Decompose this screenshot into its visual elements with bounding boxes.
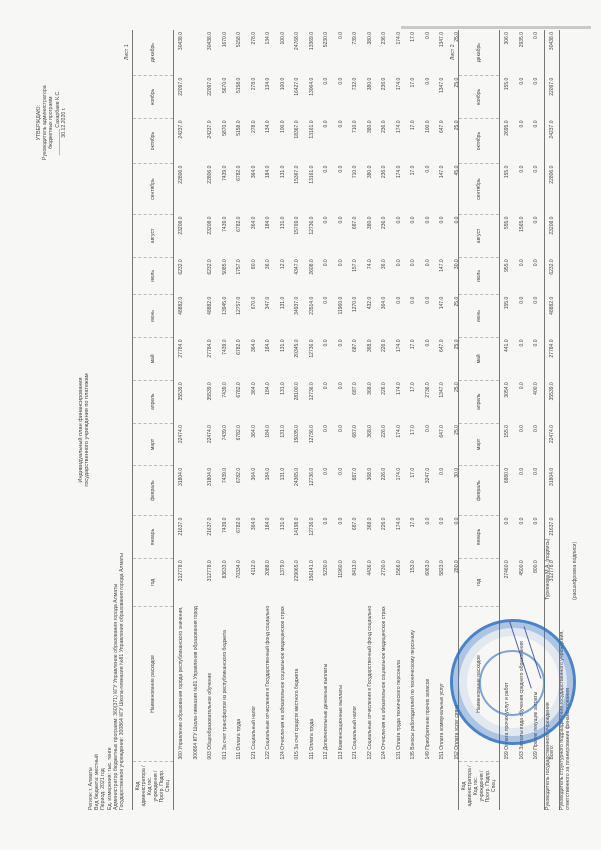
value-cell: 174.0	[392, 466, 407, 516]
value-cell: 5823.0	[435, 558, 450, 606]
value-cell: 4436.0	[363, 558, 378, 606]
value-cell: 0.0	[529, 516, 544, 559]
value-cell	[189, 423, 204, 466]
value-cell: 22097.0	[203, 76, 218, 119]
value-cell: 8413.0	[348, 558, 363, 606]
value-cell: 0.0	[392, 295, 407, 338]
expense-name-cell: 131 Оплата труда технического персонала	[392, 607, 407, 762]
value-cell: 0.0	[319, 295, 334, 338]
column-header: август	[459, 215, 500, 258]
value-cell: 17.0	[406, 164, 421, 215]
table-row: 011 За счет трансфертов из республиканск…	[218, 30, 233, 810]
value-cell: 670.0	[247, 295, 262, 338]
value-cell: 6782.0	[232, 164, 247, 215]
expense-name-cell: 111 Оплата труда	[232, 607, 247, 762]
value-cell: 0.0	[529, 257, 544, 294]
expense-name-cell: 122 Социальные отчисления в Государствен…	[363, 607, 378, 762]
value-cell: 710.0	[348, 164, 363, 215]
value-cell: 312778.0	[203, 558, 218, 606]
value-cell: 2088.0	[261, 558, 276, 606]
value-cell: 0.0	[319, 380, 334, 423]
value-cell: 174.0	[392, 338, 407, 381]
expense-name-cell: 112 Дополнительные денежные выплаты	[319, 607, 334, 762]
value-cell: 24365.0	[290, 466, 305, 516]
column-header: ноябрь	[459, 76, 500, 119]
code-cell	[435, 762, 450, 811]
code-cell	[392, 762, 407, 811]
value-cell: 364.0	[247, 215, 262, 258]
value-cell: 380.0	[363, 30, 378, 76]
value-cell: 35539.0	[544, 380, 560, 423]
value-cell: 0.0	[319, 257, 334, 294]
value-cell: 17.0	[406, 423, 421, 466]
value-cell: 0.0	[319, 215, 334, 258]
value-cell: 17.0	[406, 76, 421, 119]
value-cell: 155.0	[500, 164, 515, 215]
value-cell: 36.0	[377, 257, 392, 294]
value-cell: 27784.0	[174, 338, 189, 381]
value-cell: 157.0	[348, 257, 363, 294]
code-cell	[247, 762, 262, 811]
column-header: январь	[459, 516, 500, 559]
value-cell: 23208.0	[203, 215, 218, 258]
meta-block: Регион: г. Алматы Вид бюджета: местный П…	[88, 553, 125, 810]
value-cell: 687.0	[348, 516, 363, 559]
value-cell: 0.0	[334, 423, 349, 466]
value-cell: 23208.0	[544, 215, 560, 258]
value-cell: 0.0	[515, 423, 530, 466]
value-cell: 7439.0	[218, 516, 233, 559]
value-cell: 800.0	[529, 558, 544, 606]
value-cell: 312778.0	[174, 558, 189, 606]
column-header: март	[459, 423, 500, 466]
value-cell: 31804.0	[174, 466, 189, 516]
value-cell: 28100.0	[290, 380, 305, 423]
approval-line: 30.12.2020 г.	[61, 85, 67, 160]
value-cell: 6232.0	[174, 257, 189, 294]
value-cell: 0.0	[529, 164, 544, 215]
table-row: 149 Приобретение прочих запасов6063.00.0…	[421, 30, 436, 810]
column-header: июль	[133, 257, 174, 294]
approval-block: УТВЕРЖДАЮ: Руководитель администратора б…	[36, 85, 67, 160]
value-cell: 0.0	[529, 338, 544, 381]
value-cell: 364.0	[247, 516, 262, 559]
expense-name-cell: 151 Оплата коммунальных услуг	[435, 607, 450, 762]
value-cell: 153.0	[406, 558, 421, 606]
value-cell: 2736.0	[421, 380, 436, 423]
column-header: февраль	[459, 466, 500, 516]
value-cell: 739.0	[348, 30, 363, 76]
column-header: январь	[133, 516, 174, 559]
value-cell: 70334.0	[232, 558, 247, 606]
value-cell: 131.0	[276, 380, 291, 423]
value-cell: 0.0	[435, 516, 450, 559]
value-cell: 100.0	[276, 76, 291, 119]
value-cell: 1670.0	[218, 30, 233, 76]
column-header: Наименование расходов	[133, 607, 174, 762]
code-cell	[500, 762, 515, 811]
expense-name-cell: 360 Управление образования города респуб…	[174, 607, 189, 762]
value-cell: 236.0	[377, 164, 392, 215]
value-cell: 0.0	[319, 516, 334, 559]
value-cell: 13064.0	[305, 76, 320, 119]
expense-name-cell: 124 Отчисления на обязательное социально…	[377, 607, 392, 762]
expense-name-cell: 111 Оплата труда	[305, 607, 320, 762]
column-header: июль	[459, 257, 500, 294]
code-cell	[377, 762, 392, 811]
expense-name-cell: 149 Приобретение прочих запасов	[421, 607, 436, 762]
value-cell: 0.0	[529, 215, 544, 258]
expense-name-cell: 122 Социальные отчисления в Государствен…	[261, 607, 276, 762]
value-cell: 12736.0	[305, 516, 320, 559]
value-cell: 184.0	[261, 215, 276, 258]
table-row: 015 За счет средств местного бюджета2290…	[290, 30, 305, 810]
value-cell: 48882.0	[544, 295, 560, 338]
value-cell: 229065.0	[290, 558, 305, 606]
value-cell: 0.0	[421, 215, 436, 258]
value-cell: 174.0	[392, 516, 407, 559]
value-cell: 131.0	[276, 423, 291, 466]
value-cell: 15769.0	[290, 215, 305, 258]
value-cell: 23208.0	[174, 215, 189, 258]
value-cell: 174.0	[392, 423, 407, 466]
value-cell: 0.0	[529, 295, 544, 338]
code-cell	[406, 762, 421, 811]
value-cell: 21637.0	[203, 516, 218, 559]
value-cell: 0.0	[435, 215, 450, 258]
value-cell: 0.0	[515, 119, 530, 164]
value-cell: 0.0	[392, 215, 407, 258]
value-cell: 710.0	[348, 119, 363, 164]
value-cell: 0.0	[515, 516, 530, 559]
value-cell: 3054.0	[500, 380, 515, 423]
code-cell	[276, 762, 291, 811]
value-cell: 0.0	[406, 257, 421, 294]
value-cell: 226.0	[377, 338, 392, 381]
signature-name: Туркенова М.А. (подпись)	[545, 539, 551, 600]
value-cell: 131.0	[276, 295, 291, 338]
value-cell: 12736.0	[305, 338, 320, 381]
column-header: февраль	[133, 466, 174, 516]
table-row: 135 Взносы работодателей по техническому…	[406, 30, 421, 810]
value-cell	[189, 338, 204, 381]
value-cell: 400.0	[529, 380, 544, 423]
table-row: 122 Социальные отчисления в Государствен…	[261, 30, 276, 810]
value-cell: 12736.0	[305, 423, 320, 466]
subtitle-line: государственного учреждения по платежам	[84, 310, 90, 550]
value-cell: 347.0	[261, 295, 276, 338]
value-cell	[189, 215, 204, 258]
value-cell: 0.0	[392, 257, 407, 294]
code-cell	[515, 762, 530, 811]
value-cell	[189, 295, 204, 338]
value-cell: 364.0	[247, 423, 262, 466]
value-cell: 0.0	[421, 76, 436, 119]
value-cell: 74.0	[363, 257, 378, 294]
value-cell: 0.0	[529, 466, 544, 516]
value-cell: 30438.0	[174, 30, 189, 76]
value-cell: 13161.0	[305, 164, 320, 215]
value-cell: 22097.0	[544, 76, 560, 119]
column-header: июнь	[133, 295, 174, 338]
value-cell: 5230.0	[319, 30, 334, 76]
value-cell: 687.0	[348, 423, 363, 466]
value-cell: 17.0	[406, 338, 421, 381]
column-header: июнь	[459, 295, 500, 338]
value-cell: 1347.0	[435, 30, 450, 76]
value-cell	[189, 466, 204, 516]
value-cell: 0.0	[334, 30, 349, 76]
value-cell: 0.0	[435, 466, 450, 516]
value-cell	[189, 380, 204, 423]
value-cell: 0.0	[515, 257, 530, 294]
value-cell: 80.0	[247, 257, 262, 294]
value-cell: 0.0	[529, 423, 544, 466]
value-cell	[189, 30, 204, 76]
value-cell: 27460.0	[500, 558, 515, 606]
value-cell: 432.0	[363, 295, 378, 338]
value-cell: 1757.0	[232, 257, 247, 294]
value-cell: 11960.0	[334, 295, 349, 338]
code-cell	[261, 762, 276, 811]
value-cell: 0.0	[334, 164, 349, 215]
column-header: сентябрь	[459, 164, 500, 215]
table-row: 003 Общеобразовательное обучение312778.0…	[203, 30, 218, 810]
value-cell: 131.0	[276, 466, 291, 516]
value-cell: 306.0	[500, 30, 515, 76]
column-header: май	[459, 338, 500, 381]
value-cell: 0.0	[515, 76, 530, 119]
value-cell: 4500.0	[515, 558, 530, 606]
code-cell	[203, 762, 218, 811]
value-cell: 647.0	[435, 119, 450, 164]
value-cell: 83633.0	[218, 558, 233, 606]
value-cell: 1379.0	[276, 558, 291, 606]
value-cell: 6782.0	[232, 516, 247, 559]
value-cell: 131.0	[276, 338, 291, 381]
value-cell: 687.0	[348, 338, 363, 381]
approval-line: _________ Сахарбаев К.С.	[55, 85, 61, 160]
value-cell: 5670.0	[218, 76, 233, 119]
value-cell: 236.0	[377, 30, 392, 76]
expense-name-cell: 135 Взносы работодателей по техническому…	[406, 607, 421, 762]
column-header: май	[133, 338, 174, 381]
value-cell: 17.0	[406, 119, 421, 164]
value-cell: 24768.0	[290, 30, 305, 76]
value-cell: 1347.0	[435, 380, 450, 423]
table-row: 151 Оплата коммунальных услуг5823.00.00.…	[435, 30, 450, 810]
value-cell: 1565.0	[515, 215, 530, 258]
code-cell	[305, 762, 320, 811]
value-cell	[189, 257, 204, 294]
value-cell: 131.0	[276, 215, 291, 258]
value-cell: 5158.0	[232, 30, 247, 76]
code-cell	[319, 762, 334, 811]
value-cell: 6232.0	[544, 257, 560, 294]
value-cell: 155.0	[500, 423, 515, 466]
value-cell: 184.0	[261, 466, 276, 516]
code-cell	[218, 762, 233, 811]
value-cell: 24237.0	[203, 119, 218, 164]
value-cell: 31804.0	[544, 466, 560, 516]
table-row: 111 Оплата труда70334.06782.06782.06782.…	[232, 30, 247, 810]
value-cell: 5158.0	[232, 119, 247, 164]
value-cell: 131.0	[276, 516, 291, 559]
expense-name-cell: 121 Социальный налог	[348, 607, 363, 762]
value-cell: 13161.0	[305, 119, 320, 164]
table-row: 131 Оплата труда технического персонала1…	[392, 30, 407, 810]
signer-hint: (подпись)	[545, 539, 551, 562]
value-cell: 5870.0	[218, 119, 233, 164]
value-cell: 687.0	[348, 466, 363, 516]
value-cell: 22474.0	[203, 423, 218, 466]
value-cell: 134.0	[261, 30, 276, 76]
value-cell: 6880.0	[500, 466, 515, 516]
column-header: октябрь	[133, 119, 174, 164]
value-cell: 368.0	[363, 516, 378, 559]
table-row: 111 Оплата труда156141.012736.012736.012…	[305, 30, 320, 810]
table-row: 124 Отчисления на обязательное социально…	[276, 30, 291, 810]
document-title: Индивидуальный план финансирования госуд…	[78, 310, 90, 550]
value-cell: 236.0	[377, 215, 392, 258]
value-cell: 22474.0	[174, 423, 189, 466]
value-cell: 4347.0	[290, 257, 305, 294]
column-header: апрель	[459, 380, 500, 423]
table-row: 112 Дополнительные денежные выплаты5230.…	[319, 30, 334, 810]
value-cell: 22474.0	[544, 423, 560, 466]
table-row: 124 Отчисления на обязательное социально…	[377, 30, 392, 810]
value-cell: 647.0	[435, 338, 450, 381]
code-cell	[189, 762, 204, 811]
value-cell: 35539.0	[203, 380, 218, 423]
approval-line: бюджетных программ	[48, 85, 54, 160]
code-cell	[363, 762, 378, 811]
value-cell: 0.0	[319, 164, 334, 215]
value-cell: 12757.0	[232, 295, 247, 338]
value-cell: 368.0	[363, 423, 378, 466]
value-cell: 0.0	[421, 257, 436, 294]
value-cell: 732.0	[348, 76, 363, 119]
value-cell	[189, 119, 204, 164]
value-cell: 687.0	[348, 380, 363, 423]
value-cell: 555.0	[500, 215, 515, 258]
value-cell	[189, 164, 204, 215]
table-row: 122 Социальные отчисления в Государствен…	[363, 30, 378, 810]
value-cell: 3247.0	[421, 466, 436, 516]
financing-table-sheet1: Код администратора / Код гос. учреждения…	[132, 30, 464, 810]
expense-name-cell: 003 Общеобразовательное обучение	[203, 607, 218, 762]
value-cell: 23514.0	[305, 295, 320, 338]
value-cell: 184.0	[261, 516, 276, 559]
value-cell: 0.0	[334, 380, 349, 423]
value-cell: 184.0	[261, 338, 276, 381]
value-cell: 11960.0	[334, 558, 349, 606]
value-cell: 0.0	[334, 466, 349, 516]
table-row: 360 Управление образования города респуб…	[174, 30, 189, 810]
value-cell: 0.0	[319, 119, 334, 164]
code-cell	[290, 762, 305, 811]
value-cell: 2730.0	[377, 558, 392, 606]
value-cell: 364.0	[377, 295, 392, 338]
value-cell: 0.0	[334, 338, 349, 381]
value-cell: 380.0	[363, 76, 378, 119]
value-cell: 22806.0	[544, 164, 560, 215]
value-cell: 1347.0	[435, 76, 450, 119]
value-cell: 27784.0	[544, 338, 560, 381]
value-cell: 12736.0	[305, 380, 320, 423]
value-cell: 147.0	[435, 257, 450, 294]
value-cell: 380.0	[363, 119, 378, 164]
value-cell: 0.0	[334, 516, 349, 559]
value-cell: 174.0	[392, 76, 407, 119]
value-cell: 0.0	[529, 30, 544, 76]
expense-name-cell: 124 Отчисления на обязательное социально…	[276, 607, 291, 762]
value-cell: 156141.0	[305, 558, 320, 606]
column-header: Код администратора / Код гос. учреждения…	[133, 762, 174, 811]
value-cell: 0.0	[334, 257, 349, 294]
value-cell: 12736.0	[305, 466, 320, 516]
value-cell: 278.0	[247, 119, 262, 164]
value-cell: 226.0	[377, 423, 392, 466]
value-cell: 0.0	[421, 338, 436, 381]
value-cell: 0.0	[421, 30, 436, 76]
code-cell	[174, 762, 189, 811]
value-cell: 0.0	[319, 423, 334, 466]
value-cell: 5230.0	[319, 558, 334, 606]
value-cell: 100.0	[276, 119, 291, 164]
value-cell: 184.0	[261, 380, 276, 423]
code-cell	[334, 762, 349, 811]
code-cell	[421, 762, 436, 811]
value-cell: 368.0	[363, 380, 378, 423]
value-cell: 27784.0	[203, 338, 218, 381]
code-cell	[529, 762, 544, 811]
column-header: декабрь	[459, 30, 500, 76]
value-cell: 7439.0	[218, 380, 233, 423]
value-cell: 174.0	[392, 119, 407, 164]
value-cell: 15367.0	[290, 164, 305, 215]
value-cell: 6232.0	[203, 257, 218, 294]
value-cell: 278.0	[247, 76, 262, 119]
value-cell: 6782.0	[232, 380, 247, 423]
value-cell: 380.0	[363, 164, 378, 215]
value-cell: 226.0	[377, 380, 392, 423]
table-row: 121 Социальный налог4112.0364.0364.0364.…	[247, 30, 262, 810]
value-cell: 0.0	[334, 76, 349, 119]
value-cell: 441.0	[500, 338, 515, 381]
value-cell: 174.0	[392, 164, 407, 215]
value-cell: 35539.0	[174, 380, 189, 423]
value-cell: 0.0	[334, 215, 349, 258]
value-cell: 2935.0	[515, 30, 530, 76]
value-cell: 0.0	[406, 215, 421, 258]
column-header: сентябрь	[133, 164, 174, 215]
value-cell: 13369.0	[305, 30, 320, 76]
value-cell: 0.0	[334, 119, 349, 164]
value-cell: 147.0	[435, 295, 450, 338]
value-cell: 18367.0	[290, 119, 305, 164]
value-cell: 0.0	[319, 338, 334, 381]
value-cell: 184.0	[261, 423, 276, 466]
value-cell: 7439.0	[218, 423, 233, 466]
signature-hint: (расшифровка подписи)	[572, 542, 578, 600]
value-cell: 0.0	[421, 295, 436, 338]
value-cell: 14198.0	[290, 516, 305, 559]
value-cell	[189, 558, 204, 606]
value-cell: 24237.0	[544, 119, 560, 164]
value-cell: 226.0	[377, 466, 392, 516]
expense-name-cell: 015 За счет средств местного бюджета	[290, 607, 305, 762]
